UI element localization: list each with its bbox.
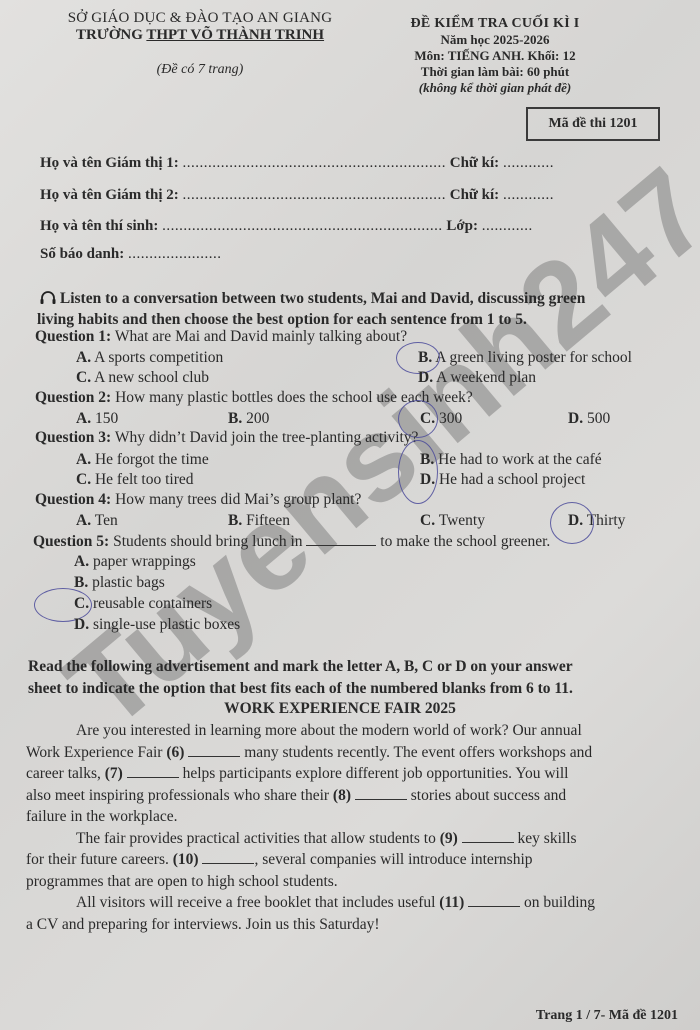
passage-line: for their future careers. (10) , several…	[26, 849, 676, 871]
option-letter: B.	[228, 512, 242, 529]
option-letter: A.	[76, 451, 91, 468]
question-text: How many trees did Mai’s group plant?	[115, 491, 361, 508]
class-dots: ............	[482, 218, 533, 234]
option-text: 300	[439, 410, 462, 427]
option-text: 200	[246, 410, 269, 427]
field-invigilator-1[interactable]: Họ và tên Giám thị 1: ..................…	[40, 155, 554, 172]
q5-option-a[interactable]: A. paper wrappings	[74, 553, 196, 571]
option-text: Twenty	[439, 512, 485, 529]
passage-text: , several companies will introduce inter…	[254, 851, 532, 868]
option-text: reusable containers	[93, 595, 212, 612]
exam-title: ĐỀ KIỂM TRA CUỐI KÌ I	[395, 16, 595, 32]
question-4: Question 4: How many trees did Mai’s gro…	[35, 491, 361, 509]
q3-option-d[interactable]: D. He had a school project	[420, 471, 585, 489]
department: SỞ GIÁO DỤC & ĐÀO TẠO AN GIANG	[40, 10, 360, 27]
answer-blank	[468, 894, 520, 907]
q1-option-b[interactable]: B. A green living poster for school	[418, 349, 632, 367]
exam-code-box: Mã đề thi 1201	[526, 107, 660, 141]
question-text-before: Students should bring lunch in	[113, 533, 302, 550]
question-3: Question 3: Why didn’t David join the tr…	[35, 429, 418, 447]
answer-circle-q3	[398, 440, 438, 504]
field-candidate-number[interactable]: Số báo danh: ......................	[40, 246, 221, 263]
blank-number: (8)	[333, 787, 355, 804]
passage-text: many students recently. The event offers…	[240, 744, 592, 761]
passage-line: All visitors will receive a free booklet…	[26, 892, 676, 914]
passage-text: career talks,	[26, 765, 105, 782]
option-letter: A.	[74, 553, 89, 570]
q5-option-d[interactable]: D. single-use plastic boxes	[74, 616, 240, 634]
passage-line: programmes that are open to high school …	[26, 871, 676, 893]
passage-line: a CV and preparing for interviews. Join …	[26, 914, 676, 936]
answer-blank	[355, 787, 407, 800]
blank-number: (11)	[439, 894, 468, 911]
question-label: Question 3:	[35, 429, 111, 446]
passage-text: on building	[520, 894, 595, 911]
passage-text: Work Experience Fair	[26, 744, 166, 761]
blank-number: (6)	[166, 744, 188, 761]
field-label: Họ và tên thí sinh:	[40, 218, 158, 234]
option-text: He felt too tired	[95, 471, 194, 488]
question-label: Question 2:	[35, 389, 111, 406]
answer-blank	[188, 744, 240, 757]
option-text: plastic bags	[92, 574, 165, 591]
option-text: 500	[587, 410, 610, 427]
q3-option-a[interactable]: A. He forgot the time	[76, 451, 209, 469]
signature-dots: ............	[503, 187, 554, 203]
q1-option-c[interactable]: C. A new school club	[76, 369, 209, 387]
option-letter: D.	[568, 410, 583, 427]
header-right: ĐỀ KIỂM TRA CUỐI KÌ I Năm học 2025-2026 …	[395, 16, 595, 96]
question-5: Question 5: Students should bring lunch …	[33, 533, 550, 551]
question-1: Question 1: What are Mai and David mainl…	[35, 328, 407, 346]
option-text: He forgot the time	[95, 451, 209, 468]
field-label: Họ và tên Giám thị 1:	[40, 155, 179, 171]
option-text: A weekend plan	[436, 369, 536, 386]
passage-text: All visitors will receive a free booklet…	[76, 894, 439, 911]
reading-instruction-2: sheet to indicate the option that best f…	[28, 680, 573, 698]
field-student-name[interactable]: Họ và tên thí sinh: ....................…	[40, 218, 533, 235]
q4-option-b[interactable]: B. Fifteen	[228, 512, 290, 530]
passage-line: Are you interested in learning more abou…	[26, 720, 676, 742]
passage-text: helps participants explore different job…	[179, 765, 569, 782]
question-text: What are Mai and David mainly talking ab…	[115, 328, 407, 345]
school-year: Năm học 2025-2026	[395, 32, 595, 48]
class-label: Lớp:	[446, 218, 478, 234]
q2-option-b[interactable]: B. 200	[228, 410, 269, 428]
school-name: THPT VÕ THÀNH TRINH	[146, 27, 324, 43]
passage-text: Are you interested in learning more abou…	[76, 722, 582, 739]
reading-title: WORK EXPERIENCE FAIR 2025	[0, 700, 700, 718]
option-text: A sports competition	[94, 349, 223, 366]
passage-text: failure in the workplace.	[26, 808, 178, 825]
passage-line: also meet inspiring professionals who sh…	[26, 785, 676, 807]
passage-text: The fair provides practical activities t…	[76, 830, 440, 847]
passage-line: failure in the workplace.	[26, 806, 676, 828]
question-text-after: to make the school greener.	[380, 533, 550, 550]
answer-blank	[462, 830, 514, 843]
q5-option-c[interactable]: C. reusable containers	[74, 595, 212, 613]
option-text: single-use plastic boxes	[93, 616, 240, 633]
field-invigilator-2[interactable]: Họ và tên Giám thị 2: ..................…	[40, 187, 554, 204]
field-label: Họ và tên Giám thị 2:	[40, 187, 179, 203]
subject: Môn: TIẾNG ANH. Khối: 12	[395, 48, 595, 64]
option-letter: A.	[76, 512, 91, 529]
passage-text: programmes that are open to high school …	[26, 873, 338, 890]
blank-number: (9)	[440, 830, 462, 847]
option-text: A green living poster for school	[435, 349, 632, 366]
duration: Thời gian làm bài: 60 phút	[395, 64, 595, 80]
q1-option-d[interactable]: D. A weekend plan	[418, 369, 536, 387]
passage-line: Work Experience Fair (6) many students r…	[26, 742, 676, 764]
option-letter: A.	[76, 410, 91, 427]
answer-blank	[306, 533, 376, 546]
page-footer: Trang 1 / 7- Mã đề 1201	[536, 1008, 678, 1024]
signature-label: Chữ kí:	[450, 155, 499, 171]
answer-blank	[202, 851, 254, 864]
passage-text: also meet inspiring professionals who sh…	[26, 787, 333, 804]
option-letter: C.	[76, 471, 91, 488]
signature-label: Chữ kí:	[450, 187, 499, 203]
duration-note: (không kể thời gian phát đề)	[395, 80, 595, 96]
pages-note: (Đề có 7 trang)	[40, 62, 360, 78]
option-letter: A.	[76, 349, 91, 366]
option-text: Ten	[95, 512, 118, 529]
passage-line: The fair provides practical activities t…	[26, 828, 676, 850]
field-dots: ........................................…	[162, 218, 443, 234]
option-letter: D.	[418, 369, 433, 386]
header-left: SỞ GIÁO DỤC & ĐÀO TẠO AN GIANG TRƯỜNG TH…	[40, 10, 360, 78]
passage-text: for their future careers.	[26, 851, 173, 868]
q2-option-a[interactable]: A. 150	[76, 410, 118, 428]
question-label: Question 5:	[33, 533, 109, 550]
option-letter: C.	[76, 369, 91, 386]
field-label: Số báo danh:	[40, 246, 124, 262]
option-letter: B.	[228, 410, 242, 427]
field-dots: ........................................…	[183, 187, 447, 203]
listening-instruction-1: Listen to a conversation between two stu…	[40, 290, 585, 308]
answer-circle-q4	[550, 502, 594, 544]
blank-number: (10)	[173, 851, 203, 868]
reading-instruction-1: Read the following advertisement and mar…	[28, 658, 573, 676]
option-letter: D.	[74, 616, 89, 633]
q4-option-c[interactable]: C. Twenty	[420, 512, 485, 530]
passage-text: key skills	[514, 830, 577, 847]
headphones-icon	[40, 291, 56, 305]
instruction-text: Listen to a conversation between two stu…	[60, 290, 585, 307]
option-letter: C.	[420, 512, 435, 529]
option-text: 150	[95, 410, 118, 427]
blank-number: (7)	[105, 765, 127, 782]
passage-text: a CV and preparing for interviews. Join …	[26, 916, 380, 933]
question-text: Why didn’t David join the tree-planting …	[115, 429, 419, 446]
field-dots: ......................	[128, 246, 222, 262]
option-text: He had to work at the café	[438, 451, 602, 468]
option-text: paper wrappings	[93, 553, 196, 570]
q1-option-a[interactable]: A. A sports competition	[76, 349, 223, 367]
school-prefix: TRƯỜNG	[76, 27, 143, 43]
passage-text: stories about success and	[407, 787, 566, 804]
reading-passage: Are you interested in learning more abou…	[26, 720, 676, 935]
option-text: He had a school project	[439, 471, 585, 488]
answer-blank	[127, 765, 179, 778]
school: TRƯỜNG THPT VÕ THÀNH TRINH	[40, 27, 360, 44]
q3-option-c[interactable]: C. He felt too tired	[76, 471, 194, 489]
field-dots: ........................................…	[183, 155, 447, 171]
q2-option-d[interactable]: D. 500	[568, 410, 610, 428]
passage-line: career talks, (7) helps participants exp…	[26, 763, 676, 785]
option-text: A new school club	[94, 369, 209, 386]
question-label: Question 4:	[35, 491, 111, 508]
option-letter: B.	[74, 574, 88, 591]
signature-dots: ............	[503, 155, 554, 171]
option-text: Fifteen	[246, 512, 290, 529]
reading-title-text: WORK EXPERIENCE FAIR 2025	[224, 700, 456, 717]
q3-option-b[interactable]: B. He had to work at the café	[420, 451, 602, 469]
question-label: Question 1:	[35, 328, 111, 345]
q5-option-b[interactable]: B. plastic bags	[74, 574, 165, 592]
q4-option-a[interactable]: A. Ten	[76, 512, 118, 530]
listening-instruction-2: living habits and then choose the best o…	[37, 311, 527, 329]
